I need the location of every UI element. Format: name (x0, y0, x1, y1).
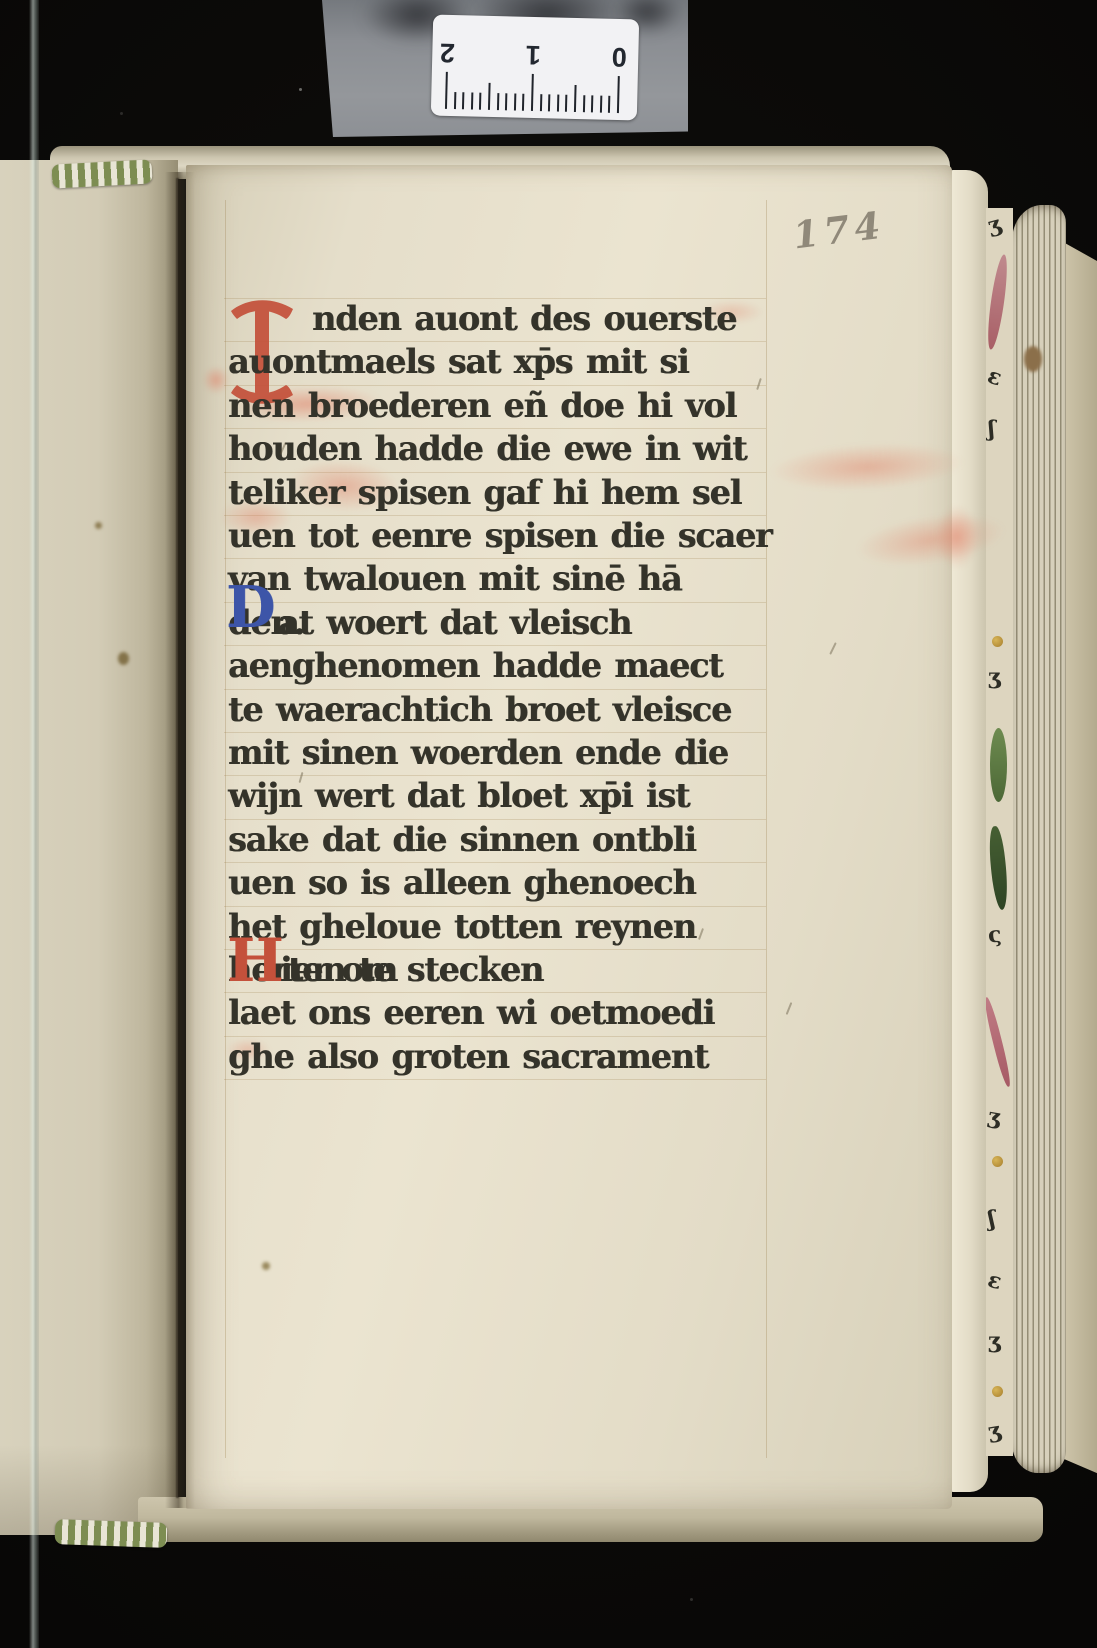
pen-flourish-mark: ς (987, 923, 1003, 946)
ruler-tick (574, 85, 577, 112)
ruler-tick (583, 95, 585, 112)
text-segment: van twalouen mit sinē hā (228, 557, 681, 600)
page-fore-edge (950, 170, 988, 1492)
pen-flourish-mark: ʒ (986, 213, 1003, 237)
text-segment: houden hadde die ewe in wit (228, 427, 746, 470)
red-offset-smudge (203, 366, 229, 394)
ruler-tick (617, 76, 620, 113)
ruler-tick (540, 94, 542, 111)
ruler-tick (565, 95, 567, 112)
text-block: nden auont des ouersteauontmaels sat xp̄… (228, 297, 773, 1087)
ruler-tick (600, 96, 602, 113)
text-segment: te waerachtich broet vleisce (228, 688, 731, 731)
ruler-tick (505, 93, 507, 110)
ruler-tick (531, 74, 534, 111)
ruler-number: 1 (523, 39, 544, 70)
ruler-tick (462, 92, 464, 109)
text-line: den.Dat woert dat vleisch (228, 601, 768, 645)
text-segment: wijn wert dat bloet xp̄i ist (228, 774, 689, 817)
glass-edge (29, 0, 39, 1648)
text-line: van twalouen mit sinē hā (228, 557, 768, 601)
text-line: laet ons eeren wi oetmoedi (228, 991, 768, 1035)
ruler-number: 0 (609, 41, 630, 72)
text-segment: ier om (280, 948, 397, 991)
ruler-tick (557, 95, 559, 112)
pink-stroke-decoration (986, 996, 1013, 1087)
stain (118, 652, 129, 665)
gold-dot-decoration (992, 1156, 1003, 1167)
text-segment: teliker spisen gaf hi hem sel (228, 471, 741, 514)
ruler-tick (548, 94, 550, 111)
text-segment: sake dat die sinnen ontbli (228, 818, 696, 861)
decorated-page-strip: ʒɛʃʒςʒʃɛʒʒ (986, 208, 1013, 1456)
cm-ruler: 210 (431, 14, 639, 120)
text-segment: mit sinen woerden ende die (228, 731, 728, 774)
pen-flourish-mark: ʒ (986, 1419, 1002, 1443)
text-line: herten te stecken Hier om (228, 948, 768, 992)
pen-flourish-mark: ɛ (986, 1269, 1004, 1294)
text-segment: at woert dat vleisch (278, 601, 631, 644)
gutter-shadow (165, 172, 195, 1508)
text-segment: ghe also groten sacrament (228, 1035, 708, 1078)
text-segment: het gheloue totten reynen (228, 905, 696, 948)
lombard-initial-red: H (228, 980, 280, 981)
ruler-ticks (431, 66, 638, 113)
dust-speck (299, 88, 302, 91)
photograph-scene: 210 ʒɛʃʒςʒʃɛʒʒ 174 nden auont des ouerst… (0, 0, 1097, 1648)
fore-edge-page-stack (1012, 205, 1066, 1473)
text-segment: auontmaels sat xp̄s mit si (228, 340, 688, 383)
ruler-tick (454, 92, 456, 109)
text-segment: laet ons eeren wi oetmoedi (228, 991, 714, 1034)
text-line: te waerachtich broet vleisce (228, 688, 768, 732)
dust-speck (120, 112, 123, 115)
text-segment: uen tot eenre spisen die scaer (228, 514, 772, 557)
text-line: uen so is alleen ghenoech (228, 861, 768, 905)
endband-bottom (55, 1519, 168, 1548)
text-line: wijn wert dat bloet xp̄i ist (228, 774, 768, 818)
green-ball-decoration (990, 728, 1007, 802)
text-line: nden auont des ouerste (228, 297, 768, 341)
text-line: ghe also groten sacrament (228, 1035, 768, 1079)
ruler-tick (471, 92, 473, 109)
ruler-tick (591, 95, 593, 112)
stain (1024, 346, 1042, 372)
ruler-tick (479, 93, 481, 110)
pen-flourish-mark: ʒ (986, 1105, 1002, 1129)
stain (262, 1262, 270, 1270)
dark-leaf-decoration (987, 825, 1011, 910)
text-line: sake dat die sinnen ontbli (228, 818, 768, 862)
text-segment: uen so is alleen ghenoech (228, 861, 695, 904)
ruler-tick (488, 83, 491, 110)
text-line: nen broederen eñ doe hi vol (228, 384, 768, 428)
ruler-tick (608, 96, 610, 113)
ruler-tick (522, 94, 524, 111)
gutter-crease (176, 178, 179, 1498)
dust-speck (690, 1598, 693, 1601)
text-segment: aenghenomen hadde maect (228, 644, 723, 687)
text-line: uen tot eenre spisen die scaer (228, 514, 768, 558)
text-segment: nen broederen eñ doe hi vol (228, 384, 736, 427)
ruler-number: 2 (437, 37, 458, 68)
ruler-tick (497, 93, 499, 110)
text-line: teliker spisen gaf hi hem sel (228, 471, 768, 515)
gold-dot-decoration (992, 1386, 1003, 1397)
stain (95, 522, 102, 529)
text-line: aenghenomen hadde maect (228, 644, 768, 688)
ruler-tick (445, 72, 448, 109)
pen-flourish-mark: ʒ (988, 1330, 1001, 1352)
petal-pink-decoration (986, 254, 1011, 351)
pen-flourish-mark: ʃ (987, 418, 996, 440)
text-segment: nden auont des ouerste (312, 297, 736, 340)
pen-flourish-mark: ʃ (987, 1208, 996, 1230)
text-line: het gheloue totten reynen (228, 905, 768, 949)
text-line: auontmaels sat xp̄s mit si (228, 340, 768, 384)
text-line: mit sinen woerden ende die (228, 731, 768, 775)
facing-page-edge (0, 160, 178, 1535)
gold-dot-decoration (992, 636, 1003, 647)
pen-flourish-mark: ɛ (986, 364, 1004, 389)
red-offset-smudge (936, 505, 978, 569)
lombard-initial-blue: D (228, 633, 278, 634)
pen-flourish-mark: ʒ (988, 666, 1001, 688)
text-line: houden hadde die ewe in wit (228, 427, 768, 471)
ruler-tick (514, 93, 516, 110)
